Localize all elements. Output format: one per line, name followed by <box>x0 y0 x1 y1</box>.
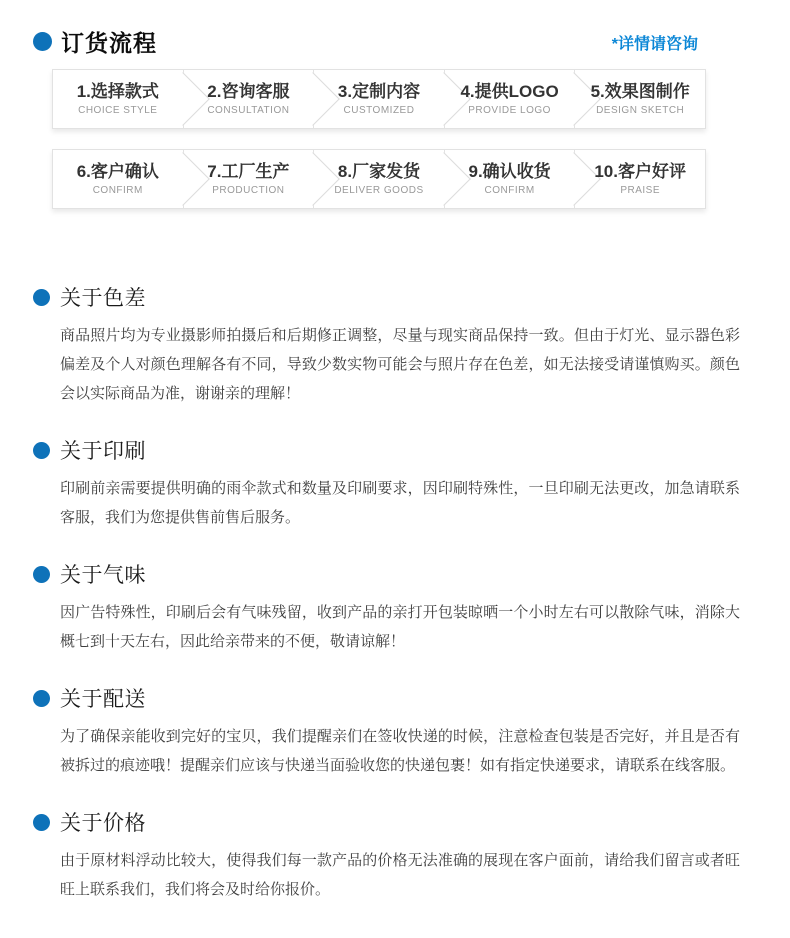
step-label: 4.提供LOGO <box>460 82 558 102</box>
section-body: 因广告特殊性，印刷后会有气味残留，收到产品的亲打开包装晾晒一个小时左右可以散除气… <box>60 598 740 656</box>
bullet-dot-icon <box>33 566 50 583</box>
section-heading: 关于价格 <box>33 807 740 837</box>
step-caption: DELIVER GOODS <box>334 185 423 196</box>
notice-sections: 关于色差 商品照片均为专业摄影师拍摄后和后期修正调整，尽量与现实商品保持一致。但… <box>0 282 790 904</box>
process-row-2: 6.客户确认 CONFIRM 7.工厂生产 PRODUCTION 8.厂家发货 … <box>52 149 706 209</box>
step-label: 10.客户好评 <box>594 162 686 182</box>
step-label: 8.厂家发货 <box>338 162 420 182</box>
bullet-dot-icon <box>33 814 50 831</box>
order-process-header: 订货流程 *详情请咨询 <box>0 20 790 62</box>
bullet-dot-icon <box>33 289 50 306</box>
step-caption: DESIGN SKETCH <box>596 105 684 116</box>
step-label: 1.选择款式 <box>77 82 159 102</box>
process-step-4: 4.提供LOGO PROVIDE LOGO <box>444 69 576 129</box>
bullet-dot-icon <box>33 442 50 459</box>
step-label: 3.定制内容 <box>338 82 420 102</box>
section-body: 商品照片均为专业摄影师拍摄后和后期修正调整，尽量与现实商品保持一致。但由于灯光、… <box>60 321 740 408</box>
process-step-5: 5.效果图制作 DESIGN SKETCH <box>574 69 706 129</box>
step-caption: CONSULTATION <box>207 105 289 116</box>
section-heading: 关于气味 <box>33 559 740 589</box>
section-heading: 关于配送 <box>33 683 740 713</box>
step-caption: CHOICE STYLE <box>78 105 157 116</box>
section-delivery: 关于配送 为了确保亲能收到完好的宝贝，我们提醒亲们在签收快递的时候，注意检查包装… <box>33 683 740 780</box>
section-odor: 关于气味 因广告特殊性，印刷后会有气味残留，收到产品的亲打开包装晾晒一个小时左右… <box>33 559 740 656</box>
section-body: 由于原材料浮动比较大，使得我们每一款产品的价格无法准确的展现在客户面前，请给我们… <box>60 846 740 904</box>
step-caption: CONFIRM <box>484 185 534 196</box>
section-heading: 关于色差 <box>33 282 740 312</box>
step-caption: CONFIRM <box>93 185 143 196</box>
process-step-6: 6.客户确认 CONFIRM <box>52 149 184 209</box>
section-price: 关于价格 由于原材料浮动比较大，使得我们每一款产品的价格无法准确的展现在客户面前… <box>33 807 740 904</box>
step-caption: PRAISE <box>620 185 660 196</box>
section-printing: 关于印刷 印刷前亲需要提供明确的雨伞款式和数量及印刷要求，因印刷特殊性，一旦印刷… <box>33 435 740 532</box>
step-caption: CUSTOMIZED <box>344 105 415 116</box>
section-heading: 关于印刷 <box>33 435 740 465</box>
product-detail-page: 订货流程 *详情请咨询 1.选择款式 CHOICE STYLE 2.咨询客服 C… <box>0 0 790 938</box>
order-process-steps: 1.选择款式 CHOICE STYLE 2.咨询客服 CONSULTATION … <box>52 69 706 209</box>
bullet-dot-icon <box>33 32 52 51</box>
step-label: 6.客户确认 <box>77 162 159 182</box>
process-row-1: 1.选择款式 CHOICE STYLE 2.咨询客服 CONSULTATION … <box>52 69 706 129</box>
section-title: 关于色差 <box>60 282 146 312</box>
page-title: 订货流程 <box>61 25 157 58</box>
section-body: 为了确保亲能收到完好的宝贝，我们提醒亲们在签收快递的时候，注意检查包装是否完好，… <box>60 722 740 780</box>
section-title: 关于印刷 <box>60 435 146 465</box>
section-title: 关于价格 <box>60 807 146 837</box>
process-step-1: 1.选择款式 CHOICE STYLE <box>52 69 184 129</box>
bullet-dot-icon <box>33 690 50 707</box>
step-caption: PROVIDE LOGO <box>468 105 551 116</box>
step-label: 2.咨询客服 <box>207 82 289 102</box>
process-step-10: 10.客户好评 PRAISE <box>574 149 706 209</box>
step-label: 9.确认收货 <box>468 162 550 182</box>
section-color-difference: 关于色差 商品照片均为专业摄影师拍摄后和后期修正调整，尽量与现实商品保持一致。但… <box>33 282 740 408</box>
details-consult-link[interactable]: *详情请咨询 <box>612 31 698 54</box>
section-body: 印刷前亲需要提供明确的雨伞款式和数量及印刷要求，因印刷特殊性，一旦印刷无法更改，… <box>60 474 740 532</box>
step-label: 5.效果图制作 <box>591 82 690 102</box>
section-title: 关于气味 <box>60 559 146 589</box>
section-title: 关于配送 <box>60 683 146 713</box>
step-caption: PRODUCTION <box>212 185 284 196</box>
step-label: 7.工厂生产 <box>207 162 289 182</box>
